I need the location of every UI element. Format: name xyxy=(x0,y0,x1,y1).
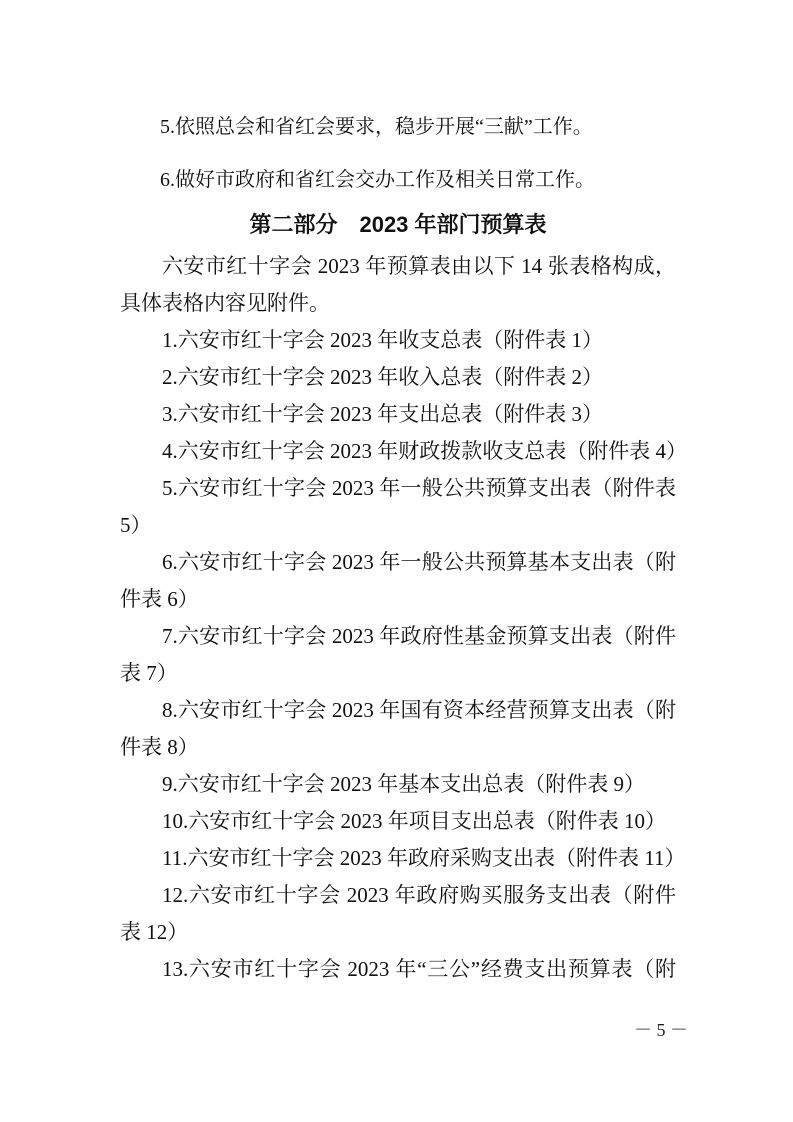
page-number: － 5 － xyxy=(634,1012,688,1049)
section-heading: 第二部分 2023 年部门预算表 xyxy=(120,206,676,244)
table-list-line-4: 4.六安市红十字会 2023 年财政拨款收支总表（附件表 4） xyxy=(120,433,676,470)
table-list-line-9: 9.六安市红十字会 2023 年基本支出总表（附件表 9） xyxy=(120,766,676,803)
table-list-line-6: 6.六安市红十字会 2023 年一般公共预算基本支出表（附 xyxy=(120,544,676,581)
table-list-line-11: 11.六安市红十字会 2023 年政府采购支出表（附件表 11） xyxy=(120,840,676,877)
task-line-6: 6.做好市政府和省红会交办工作及相关日常工作。 xyxy=(120,162,676,199)
table-list-line-8: 8.六安市红十字会 2023 年国有资本经营预算支出表（附 xyxy=(120,692,676,729)
intro-line: 六安市红十字会 2023 年预算表由以下 14 张表格构成， xyxy=(120,248,676,285)
table-list-line-13: 13.六安市红十字会 2023 年“三公”经费支出预算表（附 xyxy=(120,951,676,988)
table-list-line-10: 10.六安市红十字会 2023 年项目支出总表（附件表 10） xyxy=(120,803,676,840)
table-list-line-5-cont: 5） xyxy=(120,507,676,544)
table-list-line-6-cont: 件表 6） xyxy=(120,581,676,618)
document-page: 5.依照总会和省红会要求，稳步开展“三献”工作。 6.做好市政府和省红会交办工作… xyxy=(0,0,793,1122)
table-list-line-12-cont: 表 12） xyxy=(120,914,676,951)
table-list-line-7: 7.六安市红十字会 2023 年政府性基金预算支出表（附件 xyxy=(120,618,676,655)
intro-line: 具体表格内容见附件。 xyxy=(120,285,676,322)
task-line-5: 5.依照总会和省红会要求，稳步开展“三献”工作。 xyxy=(120,109,676,146)
table-list-line-3: 3.六安市红十字会 2023 年支出总表（附件表 3） xyxy=(120,396,676,433)
table-list-line-5: 5.六安市红十字会 2023 年一般公共预算支出表（附件表 xyxy=(120,470,676,507)
table-list-line-12: 12.六安市红十字会 2023 年政府购买服务支出表（附件 xyxy=(120,877,676,914)
text-block: 5.依照总会和省红会要求，稳步开展“三献”工作。 6.做好市政府和省红会交办工作… xyxy=(120,0,676,1122)
table-list-line-8-cont: 件表 8） xyxy=(120,729,676,766)
table-list-line-7-cont: 表 7） xyxy=(120,655,676,692)
table-list-line-2: 2.六安市红十字会 2023 年收入总表（附件表 2） xyxy=(120,359,676,396)
table-list-line-1: 1.六安市红十字会 2023 年收支总表（附件表 1） xyxy=(120,322,676,359)
